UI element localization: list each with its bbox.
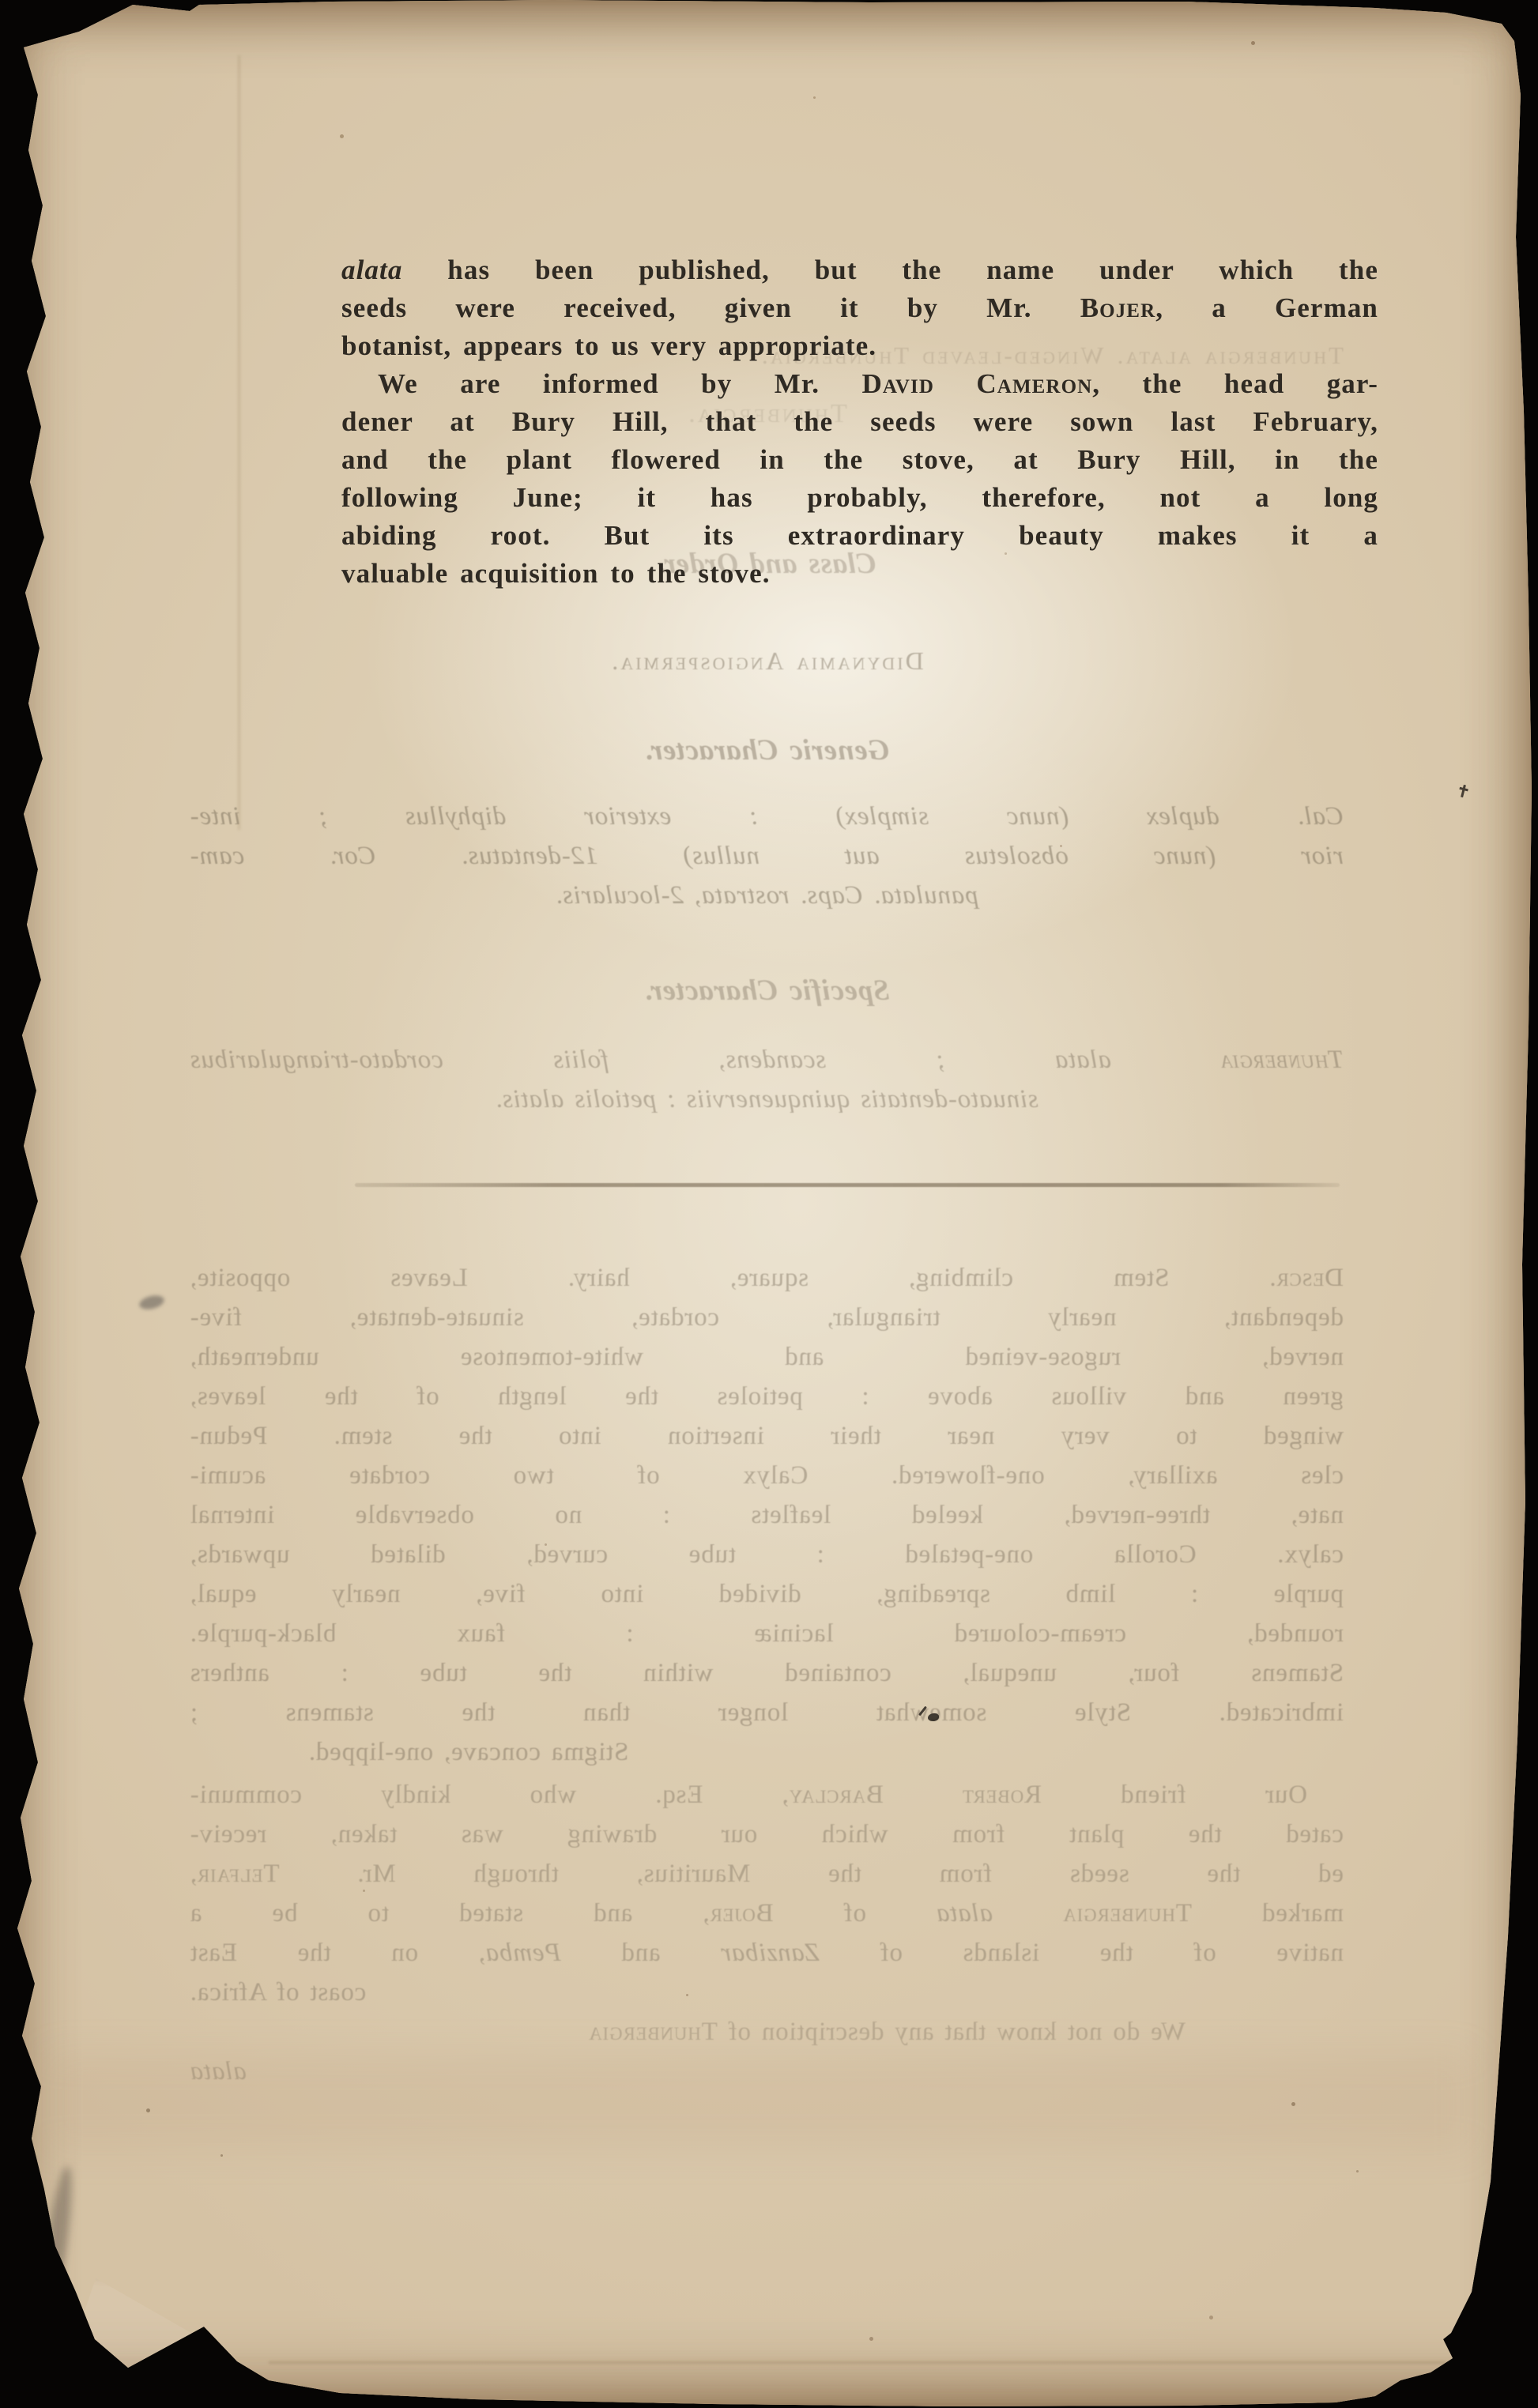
bleed-class-order-value: Didynamia Angiospermia.	[190, 646, 1344, 676]
text-segment: alata ; scandens, foliis cordato-triangu…	[190, 1046, 1221, 1074]
bleed-description-paragraph: Descr. Stem climbing, square, hairy. Lea…	[190, 1258, 1344, 1772]
text-segment: calyx. Corolla one-petaled : tube curved…	[190, 1540, 1344, 1569]
text-line: Cal. duplex (nunc simplex) : exterior di…	[190, 797, 1344, 836]
text-line: rounded, cream-coloured laciniæ : faux b…	[190, 1614, 1344, 1653]
text-segment: and	[561, 1939, 721, 1967]
text-line: cated the plant from which our drawing w…	[190, 1814, 1344, 1854]
text-line: Descr. Stem climbing, square, hairy. Lea…	[190, 1258, 1344, 1298]
text-segment: and the plant flowered in the stove, at …	[341, 444, 1378, 475]
text-segment: Thunbergia	[1062, 1899, 1192, 1928]
text-segment: abiding root. But its extraordinary beau…	[341, 520, 1378, 551]
text-line: Stamens four, unequal, contained within …	[190, 1653, 1344, 1693]
paper-sheet: Thunbergia alata. Winged-leaved Thunberg…	[0, 0, 1538, 2408]
paragraph: We are informed by Mr. David Cameron, th…	[341, 365, 1378, 593]
text-segment: Thunbergia	[588, 2018, 718, 2046]
text-segment: ed the seeds from the Mauritius, through…	[280, 1860, 1344, 1888]
bleed-specific-character: Thunbergia alata ; scandens, foliis cord…	[190, 1040, 1344, 1119]
text-line: rior (nunc obsoletus aut nullus) 12-dent…	[190, 836, 1344, 876]
text-segment: We do not know that any description of	[718, 2018, 1186, 2046]
text-segment: has been published, but the name under w…	[402, 254, 1378, 285]
text-segment: nerved, rugose-veined and white-tomentos…	[190, 1343, 1344, 1371]
text-segment: cles axillary, one-flowered. Calyx of tw…	[190, 1461, 1344, 1490]
text-segment: Stamens four, unequal, contained within …	[190, 1659, 1344, 1687]
text-line: coast of Africa.	[190, 1973, 1344, 2012]
text-segment: Descr.	[1269, 1264, 1344, 1292]
text-segment: sinuato-dentatis quinquenerviis : petiol…	[495, 1085, 1039, 1114]
text-segment: winged to very near their insertion into…	[190, 1422, 1344, 1450]
paper-specks	[0, 0, 2, 2]
text-line: dependant, nearly triangular, cordate, s…	[190, 1298, 1344, 1337]
text-line: alata has been published, but the name u…	[341, 251, 1378, 289]
text-line: native of the islands of Zanzibar and Pe…	[190, 1933, 1344, 1973]
text-line: botanist, appears to us very appropriate…	[341, 327, 1378, 365]
text-segment: We are informed by Mr.	[378, 368, 862, 399]
text-segment: seeds were received, given it by Mr.	[341, 292, 1080, 323]
text-segment: botanist, appears to us very appropriate…	[341, 330, 876, 361]
text-segment: , a German	[1155, 292, 1378, 323]
crease-line-vertical	[238, 55, 240, 830]
text-line: nate, three-nerved, keeled leaflets : no…	[190, 1495, 1344, 1535]
text-segment: green and villous above : petioles the l…	[190, 1382, 1344, 1411]
text-segment: Bojer	[1080, 292, 1156, 323]
crease-line-horizontal	[269, 2361, 1446, 2364]
separator-rule-bleed	[355, 1183, 1340, 1187]
text-line: dener at Bury Hill, that the seeds were …	[341, 403, 1378, 441]
text-segment: following June; it has probably, therefo…	[341, 482, 1378, 513]
text-segment: , Esq. who kindly communi-	[190, 1781, 789, 1809]
text-line: valuable acquisition to the stove.	[341, 555, 1378, 593]
text-segment: alata	[341, 254, 402, 285]
text-segment: rounded, cream-coloured laciniæ : faux b…	[190, 1619, 1344, 1648]
text-line: seeds were received, given it by Mr. Boj…	[341, 289, 1378, 327]
bleed-closing-paragraph: Our friend Robert Barclay, Esq. who kind…	[190, 1775, 1344, 2012]
text-line: imbricated. Style somewhat longer than t…	[190, 1693, 1344, 1732]
text-line: following June; it has probably, therefo…	[341, 479, 1378, 517]
text-segment: , on the East	[190, 1939, 485, 1967]
text-segment: Our friend	[1042, 1781, 1307, 1809]
text-segment: Telfair	[197, 1860, 280, 1888]
scanned-page: Thunbergia alata. Winged-leaved Thunberg…	[0, 0, 1538, 2408]
text-line: We do not know that any description of T…	[190, 2012, 1344, 2052]
text-segment: Cal. duplex (nunc simplex) : exterior di…	[190, 802, 1344, 831]
text-segment: David Cameron	[862, 368, 1093, 399]
text-segment: panulata. Caps. rostrata, 2-locularis.	[555, 881, 978, 910]
text-line: sinuato-dentatis quinquenerviis : petiol…	[190, 1080, 1344, 1119]
text-segment: purple : limb spreading, divided into fi…	[190, 1580, 1344, 1608]
text-segment: nate, three-nerved, keeled leaflets : no…	[190, 1501, 1344, 1529]
text-segment: dependant, nearly triangular, cordate, s…	[190, 1303, 1344, 1332]
text-line: and the plant flowered in the stove, at …	[341, 441, 1378, 479]
text-line: green and villous above : petioles the l…	[190, 1377, 1344, 1416]
text-segment: of	[774, 1899, 937, 1928]
text-segment: Stigma concave, one-lipped.	[308, 1738, 628, 1766]
text-line: nerved, rugose-veined and white-tomentos…	[190, 1337, 1344, 1377]
text-segment: ,	[190, 1860, 197, 1888]
text-segment: Zanzibar	[720, 1939, 820, 1967]
text-line: calyx. Corolla one-petaled : tube curved…	[190, 1535, 1344, 1574]
text-segment: alata	[936, 1899, 1062, 1928]
bleed-specific-heading: Specific Character.	[190, 974, 1344, 1008]
text-segment: marked	[1192, 1899, 1344, 1928]
text-line: purple : limb spreading, divided into fi…	[190, 1574, 1344, 1614]
text-segment: Stem climbing, square, hairy. Leaves opp…	[190, 1264, 1269, 1292]
text-segment: dener at Bury Hill, that the seeds were …	[341, 406, 1378, 437]
text-segment: valuable acquisition to the stove.	[341, 558, 771, 589]
text-line: marked Thunbergia alata of Bojer, and st…	[190, 1894, 1344, 1933]
text-line: ed the seeds from the Mauritius, through…	[190, 1854, 1344, 1894]
printed-text-block: alata has been published, but the name u…	[341, 251, 1378, 593]
text-line: Thunbergia alata ; scandens, foliis cord…	[190, 1040, 1344, 1080]
text-line: Our friend Robert Barclay, Esq. who kind…	[190, 1775, 1344, 1814]
text-segment: Bojer	[710, 1899, 774, 1928]
text-segment: Pemba	[485, 1939, 561, 1967]
text-segment: Thunbergia	[1221, 1046, 1344, 1074]
text-line: winged to very near their insertion into…	[190, 1416, 1344, 1456]
paragraph: alata has been published, but the name u…	[341, 251, 1378, 365]
bleed-generic-heading: Generic Character.	[190, 733, 1344, 767]
text-line: Stigma concave, one-lipped.	[190, 1732, 1344, 1772]
text-segment: rior (nunc obsoletus aut nullus) 12-dent…	[190, 842, 1344, 870]
text-line: We are informed by Mr. David Cameron, th…	[341, 365, 1378, 403]
text-line: panulata. Caps. rostrata, 2-locularis.	[190, 876, 1344, 915]
text-segment: imbricated. Style somewhat longer than t…	[190, 1698, 1344, 1727]
text-line: cles axillary, one-flowered. Calyx of tw…	[190, 1456, 1344, 1495]
bleed-generic-character: Cal. duplex (nunc simplex) : exterior di…	[190, 797, 1344, 915]
bleed-final-line: We do not know that any description of T…	[190, 2012, 1344, 2052]
text-segment: Robert Barclay	[789, 1781, 1042, 1809]
text-segment: native of the islands of	[820, 1939, 1344, 1967]
text-segment: cated the plant from which our drawing w…	[190, 1820, 1344, 1848]
tonal-band	[47, 2055, 1470, 2150]
text-segment: , and stated to be a	[190, 1899, 710, 1928]
text-segment: coast of Africa.	[190, 1978, 366, 2007]
text-line: abiding root. But its extraordinary beau…	[341, 517, 1378, 555]
text-segment: , the head gar-	[1092, 368, 1378, 399]
